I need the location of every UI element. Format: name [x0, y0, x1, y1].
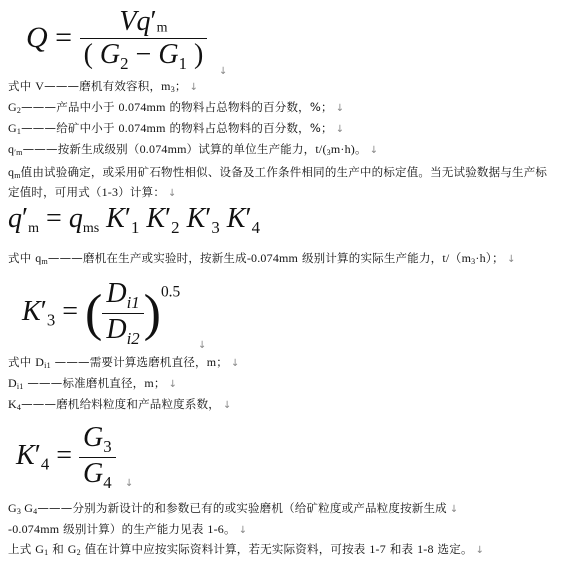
- denominator: ( G2 − G1 ): [80, 39, 208, 74]
- fraction: G3 G4: [79, 422, 116, 493]
- formula-symbol: Q: [26, 21, 48, 54]
- text-line: G3 G4———分别为新设计的和参数已有的或实验磨机（给矿粒度或产品粒度按新生成…: [8, 500, 458, 520]
- text-line: G2———产品中小于 0.074mm 的物料占总物料的百分数，%；↓: [8, 99, 344, 119]
- text-line: q′m———按新生成级别（0.074mm）试算的单位生产能力，t/(3m·h)。…: [8, 141, 378, 161]
- paragraph-mark: ↓: [219, 66, 227, 77]
- text-line: -0.074mm 级别计算）的生产能力见表 1-6。↓: [8, 521, 247, 539]
- text-line: K4———磨机给料粒度和产品粒度系数，↓: [8, 396, 232, 416]
- text-line: Di1 ———标准磨机直径，m；↓: [8, 375, 177, 395]
- text-line: 定值时，可用式（1-3）计算：↓: [8, 184, 177, 202]
- formula-qm: q′m = qms K′1 K′2 K′3 K′4: [8, 203, 260, 238]
- numerator: Vq′m: [80, 6, 208, 39]
- formula-k4: K′4 = G3 G4: [16, 422, 116, 493]
- text-line: qm值由试验确定，或采用矿石物性相似、设备及工作条件相同的生产中的标定值。当无试…: [8, 164, 547, 184]
- fraction: Di1 Di2: [102, 278, 143, 349]
- formula-q: Q = Vq′m ( G2 − G1 ): [26, 6, 207, 74]
- text-line: 式中 qm———磨机在生产或实验时，按新生成-0.074mm 级别计算的实际生产…: [8, 250, 516, 270]
- fraction: Vq′m ( G2 − G1 ): [80, 6, 208, 74]
- paragraph-mark: ↓: [125, 478, 133, 489]
- text-line: G1———给矿中小于 0.074mm 的物料占总物料的百分数，%；↓: [8, 120, 344, 140]
- equals-sign: =: [55, 21, 72, 54]
- text-line: 式中 V———磨机有效容积，m3；↓: [8, 78, 198, 98]
- formula-k3: K′3 = ( Di1 Di2 )0.5: [22, 278, 180, 349]
- paragraph-mark: ↓: [198, 340, 206, 351]
- text-line: 式中 Di1 ———需要计算选磨机直径，m；↓: [8, 354, 240, 374]
- text-line: 上式 G1 和 G2 值在计算中应按实际资料计算，若无实际资料，可按表 1-7 …: [8, 541, 484, 561]
